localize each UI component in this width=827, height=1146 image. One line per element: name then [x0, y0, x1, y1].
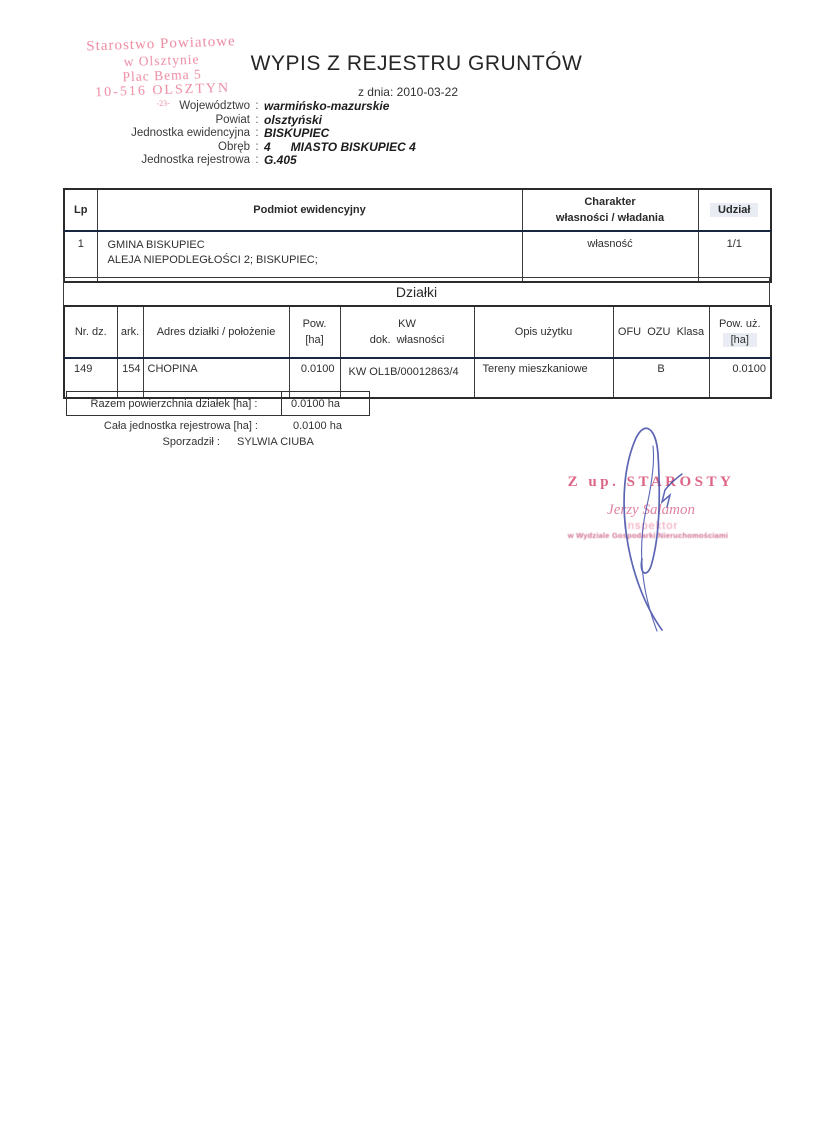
meta-label: Województwo [63, 100, 250, 114]
col-header-adres: Adres działki / położenie [143, 306, 289, 358]
parcel-ofu: B [613, 358, 709, 398]
meta-row-powiat: Powiat : olsztyński [63, 114, 623, 128]
col-header-ofu-ozu-klasa: OFU OZU Klasa [613, 306, 709, 358]
sporzadzil-label: Sporzadził : [63, 436, 220, 449]
meta-label: Powiat [63, 114, 250, 128]
meta-value: warmińsko-mazurskie [264, 100, 389, 114]
col-header-kw-line1: KW [342, 316, 473, 332]
col-header-lp: Lp [64, 189, 97, 231]
razem-label: Razem powierzchnia działek [ha] : [67, 392, 282, 415]
razem-value: 0.0100 ha [282, 392, 369, 415]
parcel-opis: Tereny mieszkaniowe [474, 358, 613, 398]
owner-name: GMINA BISKUPIEC [108, 238, 521, 253]
col-header-pow-uz-line1: Pow. uż. [711, 316, 770, 332]
col-header-charakter-line1: Charakter [524, 194, 697, 210]
meta-value: BISKUPIEC [264, 127, 329, 141]
meta-row-jednostka-rejestrowa: Jednostka rejestrowa : G.405 [63, 154, 623, 168]
meta-value: 4 MIASTO BISKUPIEC 4 [264, 141, 416, 155]
col-header-kw: KW dok. własności [340, 306, 474, 358]
dzialki-table-header-row: Nr. dz. ark. Adres działki / położenie P… [64, 306, 771, 358]
col-header-charakter-line2: własności / władania [524, 210, 697, 226]
meta-row-wojewodztwo: Województwo : warmińsko-mazurskie [63, 100, 623, 114]
col-header-pow-line1: Pow. [291, 316, 339, 332]
meta-label: Jednostka rejestrowa [63, 154, 250, 168]
owner-lp: 1 [64, 231, 97, 282]
meta-colon: : [250, 100, 264, 114]
meta-colon: : [250, 114, 264, 128]
owner-podmiot: GMINA BISKUPIEC ALEJA NIEPODLEGŁOŚCI 2; … [97, 231, 522, 282]
dzialki-section-title: Działki [63, 277, 770, 306]
col-header-pow-uz: Pow. uż. [ha] [709, 306, 771, 358]
meta-row-obreb: Obręb : 4 MIASTO BISKUPIEC 4 [63, 141, 623, 155]
document-title: WYPIS Z REJESTRU GRUNTÓW [63, 52, 770, 76]
col-header-charakter: Charakter własności / władania [522, 189, 698, 231]
owners-table-header-row: Lp Podmiot ewidencyjny Charakter własnoś… [64, 189, 771, 231]
document-date: z dnia: 2010-03-22 [63, 85, 753, 99]
cala-jednostka-label: Cała jednostka rejestrowa [ha] : [63, 420, 258, 433]
owners-table: Lp Podmiot ewidencyjny Charakter własnoś… [63, 188, 772, 283]
owner-address: ALEJA NIEPODLEGŁOŚCI 2; BISKUPIEC; [108, 253, 521, 268]
col-header-udzial-text: Udział [710, 203, 758, 217]
col-header-pow-uz-ha: [ha] [723, 333, 757, 347]
document-meta: Województwo : warmińsko-mazurskie Powiat… [63, 100, 623, 168]
col-header-kw-line2: dok. własności [342, 332, 473, 348]
meta-colon: : [250, 127, 264, 141]
meta-value: G.405 [264, 154, 297, 168]
meta-label: Jednostka ewidencyjna [63, 127, 250, 141]
meta-colon: : [250, 154, 264, 168]
dzialki-table: Nr. dz. ark. Adres działki / położenie P… [63, 305, 772, 399]
col-header-nr-dz: Nr. dz. [64, 306, 117, 358]
col-header-opis: Opis użytku [474, 306, 613, 358]
col-header-ark: ark. [117, 306, 143, 358]
parcel-pow-uz: 0.0100 [709, 358, 771, 398]
owners-table-row: 1 GMINA BISKUPIEC ALEJA NIEPODLEGŁOŚCI 2… [64, 231, 771, 282]
scanned-document-page: Starostwo Powiatowe w Olsztynie Plac Bem… [0, 0, 827, 1146]
meta-label: Obręb [63, 141, 250, 155]
handwritten-signature-ink [592, 412, 712, 642]
col-header-udzial: Udział [698, 189, 771, 231]
sporzadzil-value: SYLWIA CIUBA [237, 436, 314, 449]
col-header-pow-uz-line2: [ha] [711, 332, 770, 348]
col-header-pow-line2: [ha] [291, 332, 339, 348]
col-header-podmiot: Podmiot ewidencyjny [97, 189, 522, 231]
owner-charakter: własność [522, 231, 698, 282]
meta-colon: : [250, 141, 264, 155]
col-header-pow: Pow. [ha] [289, 306, 340, 358]
cala-jednostka-value: 0.0100 ha [293, 420, 342, 433]
meta-row-jednostka-ewidencyjna: Jednostka ewidencyjna : BISKUPIEC [63, 127, 623, 141]
razem-box: Razem powierzchnia działek [ha] : 0.0100… [66, 391, 370, 416]
owner-udzial: 1/1 [698, 231, 771, 282]
meta-value: olsztyński [264, 114, 322, 128]
